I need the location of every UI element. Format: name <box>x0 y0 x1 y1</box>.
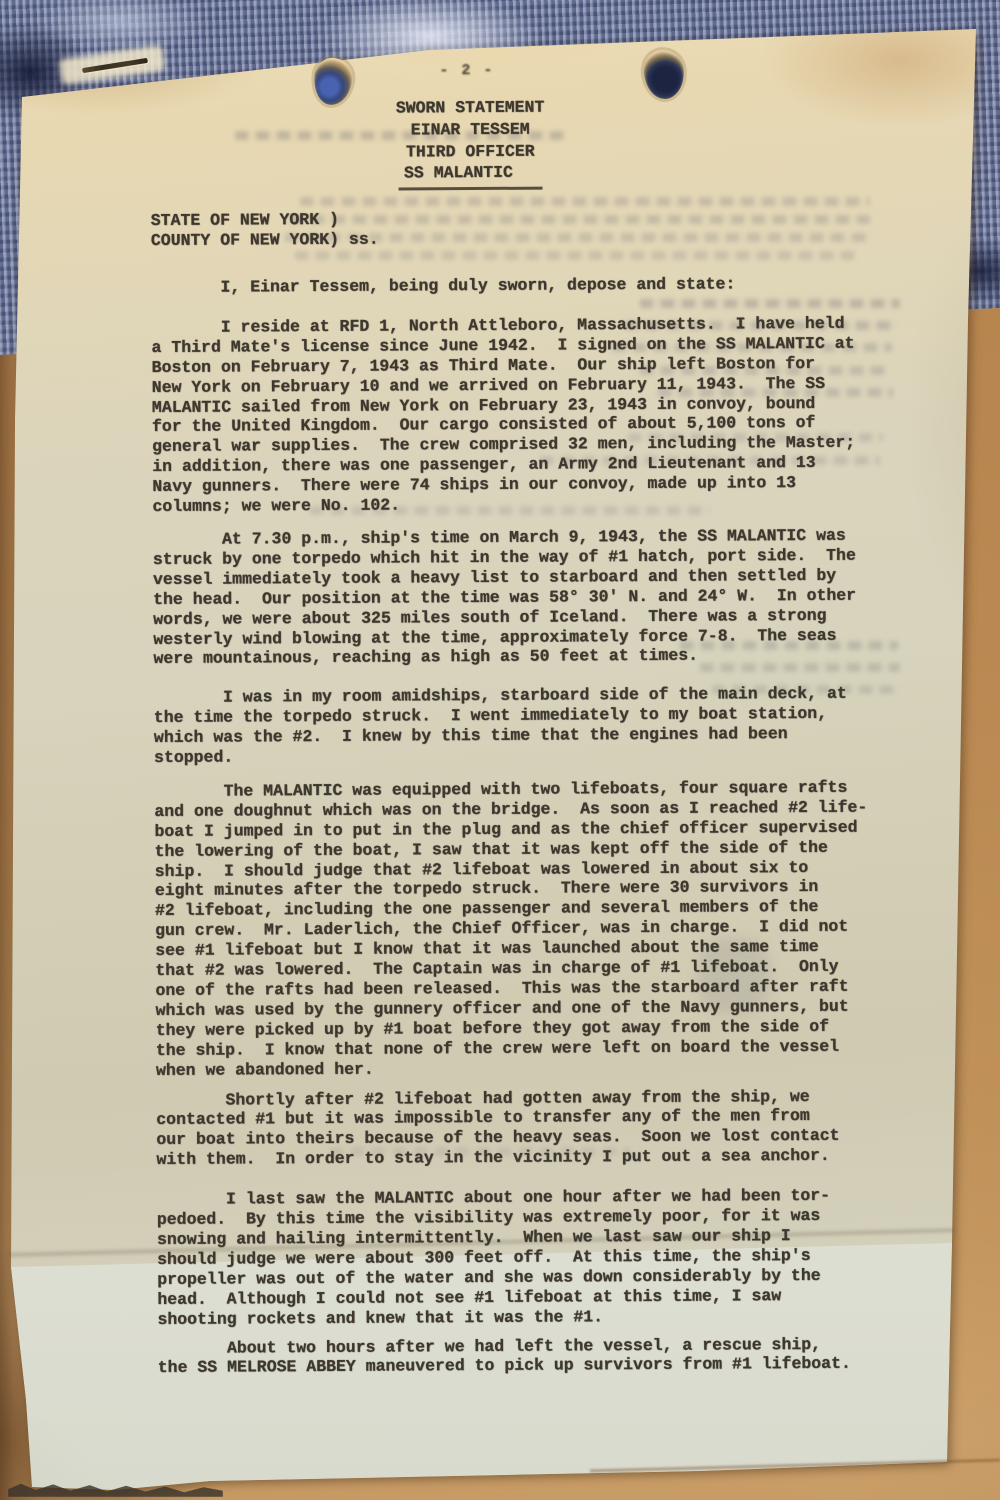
jurisdiction-block: STATE OF NEW YORK ) COUNTY OF NEW YORK) … <box>151 207 867 251</box>
header-ship-line: SS MALANTIC <box>150 160 790 192</box>
statement-paragraph: At 7.30 p.m., ship's time on March 9, 19… <box>153 526 870 670</box>
statement-paragraph: I last saw the MALANTIC about one hour a… <box>157 1186 874 1330</box>
statement-paragraph: I reside at RFD 1, North Attleboro, Mass… <box>151 314 868 517</box>
statement-paragraph: The MALANTIC was equipped with two lifeb… <box>154 778 872 1081</box>
statement-body: I, Einar Tessem, being duly sworn, depos… <box>151 274 874 1379</box>
photo-background: - 2 - SWORN STATEMENT EINAR TESSEM THIRD… <box>0 0 1000 1500</box>
statement-paragraph: I, Einar Tessem, being duly sworn, depos… <box>151 274 867 298</box>
header-ship-name: SS MALANTIC <box>398 162 543 191</box>
staple <box>58 48 178 88</box>
statement-header: SWORN STATEMENT EINAR TESSEM THIRD OFFIC… <box>150 95 791 192</box>
statement-paragraph: About two hours after we had left the ve… <box>158 1334 874 1378</box>
document-text: - 2 - SWORN STATEMENT EINAR TESSEM THIRD… <box>150 95 874 1379</box>
page-number: - 2 - <box>422 61 512 81</box>
statement-paragraph: Shortly after #2 lifeboat had gotten awa… <box>156 1086 872 1170</box>
statement-paragraph: I was in my room amidships, starboard si… <box>154 684 870 768</box>
jurisdiction-county: COUNTY OF NEW YORK) ss. <box>151 227 867 251</box>
